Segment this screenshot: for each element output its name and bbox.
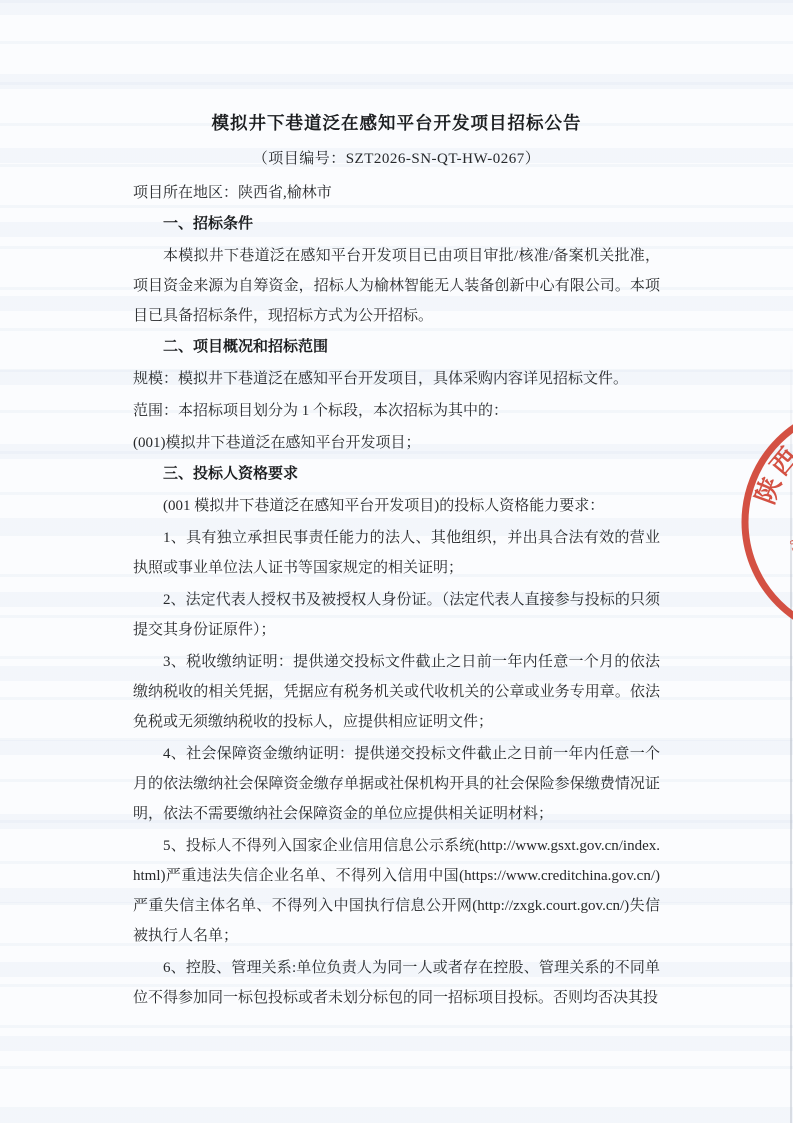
project-location-line: 项目所在地区：陕西省,榆林市 [133, 178, 660, 208]
project-number-line: （项目编号：SZT2026-SN-QT-HW-0267） [133, 146, 660, 172]
document-body: 模拟井下巷道泛在感知平台开发项目招标公告 （项目编号：SZT2026-SN-QT… [133, 108, 660, 1013]
paragraph-lot-001: (001)模拟井下巷道泛在感知平台开发项目； [133, 428, 660, 458]
paragraph-scope: 范围：本招标项目划分为 1 个标段，本次招标为其中的： [133, 396, 660, 426]
section-heading-bidding-conditions: 一、招标条件 [133, 209, 660, 239]
paragraph-scale: 规模：模拟井下巷道泛在感知平台开发项目，具体采购内容详见招标文件。 [133, 364, 660, 394]
paragraph-qualification-intro: (001 模拟井下巷道泛在感知平台开发项目)的投标人资格能力要求： [133, 491, 660, 521]
paragraph-bidding-conditions: 本模拟井下巷道泛在感知平台开发项目已由项目审批/核准/备案机关批准，项目资金来源… [133, 241, 660, 331]
paragraph-requirement-2: 2、法定代表人授权书及被授权人身份证。（法定代表人直接参与投标的只须提交其身份证… [133, 585, 660, 645]
paragraph-requirement-5: 5、投标人不得列入国家企业信用信息公示系统(http://www.gsxt.go… [133, 831, 660, 951]
section-heading-bidder-qualifications: 三、投标人资格要求 [133, 459, 660, 489]
paragraph-requirement-6: 6、控股、管理关系:单位负责人为同一人或者存在控股、管理关系的不同单位不得参加同… [133, 953, 660, 1013]
paragraph-requirement-4: 4、社会保障资金缴纳证明：提供递交投标文件截止之日前一年内任意一个月的依法缴纳社… [133, 739, 660, 829]
page-title: 模拟井下巷道泛在感知平台开发项目招标公告 [133, 108, 660, 138]
paragraph-requirement-3: 3、税收缴纳证明：提供递交投标文件截止之日前一年内任意一个月的依法缴纳税收的相关… [133, 647, 660, 737]
paragraph-requirement-1: 1、具有独立承担民事责任能力的法人、其他组织，并出具合法有效的营业执照或事业单位… [133, 523, 660, 583]
scan-edge-artifact [790, 340, 792, 1123]
section-heading-project-overview: 二、项目概况和招标范围 [133, 332, 660, 362]
